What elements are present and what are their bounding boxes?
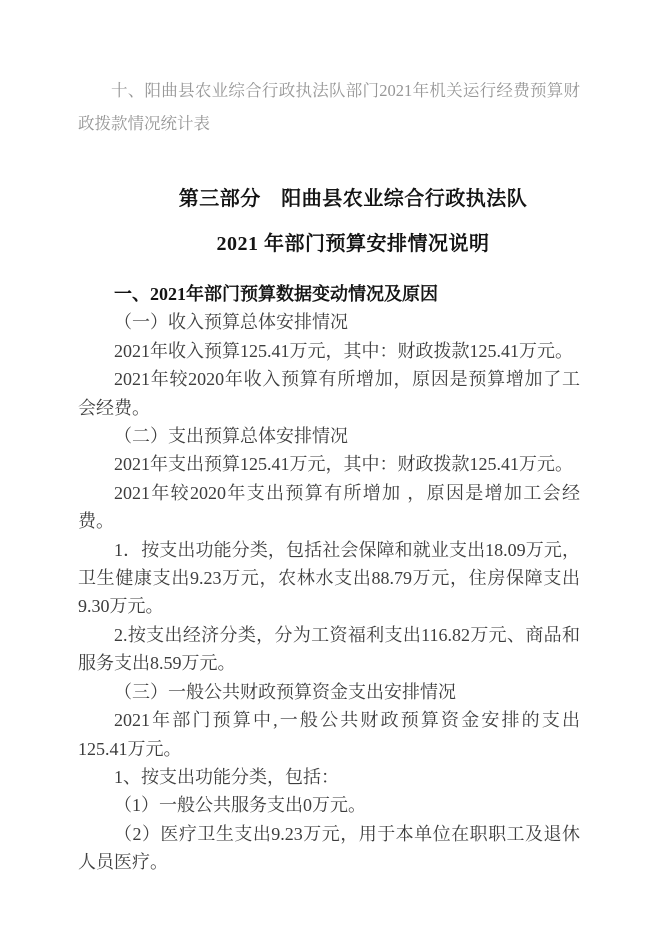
expenditure-increase-reason: 2021年较2020年支出预算有所增加 ，原因是增加工会经费。 <box>78 479 580 536</box>
toc-overflow-line: 十、阳曲县农业综合行政执法队部门2021年机关运行经费预算财政拨款情况统计表 <box>78 74 580 140</box>
public-finance-expenditure-total: 2021年部门预算中,一般公共财政预算资金安排的支出125.41万元。 <box>78 706 580 763</box>
expenditure-budget-figures: 2021年支出预算125.41万元，其中：财政拨款125.41万元。 <box>78 450 580 478</box>
subsection-expenditure-overview: （二）支出预算总体安排情况 <box>78 422 580 450</box>
medical-health-expenditure: （2）医疗卫生支出9.23万元，用于本单位在职职工及退休人员医疗。 <box>78 820 580 877</box>
document-page: 十、阳曲县农业综合行政执法队部门2021年机关运行经费预算财政拨款情况统计表 第… <box>0 0 662 936</box>
section-heading-budget-changes: 一、2021年部门预算数据变动情况及原因 <box>78 280 580 308</box>
function-classification-intro: 1、按支出功能分类，包括： <box>78 763 580 791</box>
income-budget-figures: 2021年收入预算125.41万元，其中：财政拨款125.41万元。 <box>78 337 580 365</box>
expenditure-by-function: 1．按支出功能分类，包括社会保障和就业支出18.09万元，卫生健康支出9.23万… <box>78 536 580 621</box>
expenditure-by-economic-class: 2.按支出经济分类，分为工资福利支出116.82万元、商品和服务支出8.59万元… <box>78 621 580 678</box>
general-public-service-expenditure: （1）一般公共服务支出0万元。 <box>78 791 580 819</box>
income-increase-reason: 2021年较2020年收入预算有所增加，原因是预算增加了工会经费。 <box>78 365 580 422</box>
section-title: 第三部分 阳曲县农业综合行政执法队 2021 年部门预算安排情况说明 <box>102 177 604 267</box>
section-title-line-2: 2021 年部门预算安排情况说明 <box>102 222 604 267</box>
document-body: 一、2021年部门预算数据变动情况及原因 （一）收入预算总体安排情况 2021年… <box>78 280 580 877</box>
section-title-line-1: 第三部分 阳曲县农业综合行政执法队 <box>102 177 604 222</box>
subsection-public-finance-arrangement: （三）一般公共财政预算资金支出安排情况 <box>78 678 580 706</box>
subsection-income-overview: （一）收入预算总体安排情况 <box>78 308 580 336</box>
